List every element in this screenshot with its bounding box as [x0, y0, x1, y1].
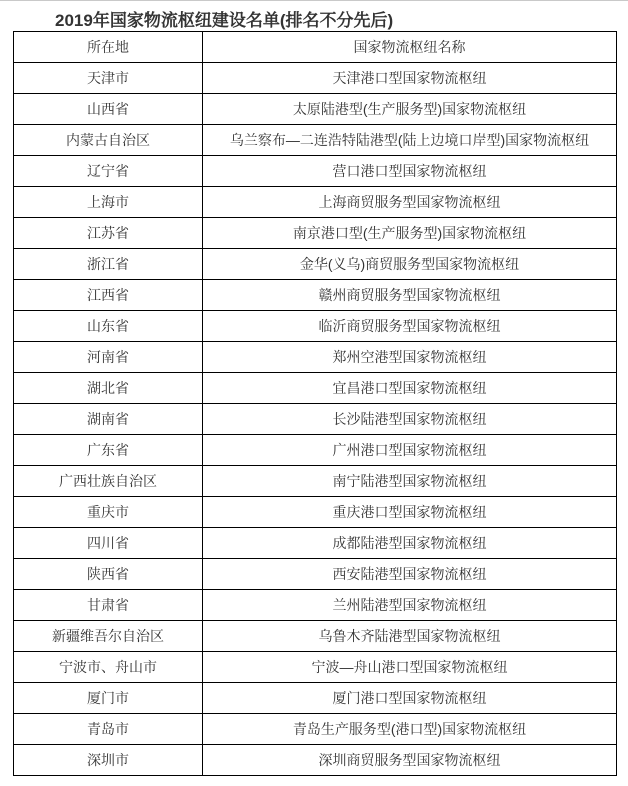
cell-location: 上海市	[14, 187, 203, 218]
table-row: 陕西省西安陆港型国家物流枢纽	[14, 559, 617, 590]
cell-location: 辽宁省	[14, 156, 203, 187]
table-row: 广东省广州港口型国家物流枢纽	[14, 435, 617, 466]
cell-location: 湖北省	[14, 373, 203, 404]
cell-hub-name: 郑州空港型国家物流枢纽	[203, 342, 617, 373]
table-row: 辽宁省营口港口型国家物流枢纽	[14, 156, 617, 187]
cell-location: 山东省	[14, 311, 203, 342]
cell-location: 湖南省	[14, 404, 203, 435]
cell-hub-name: 广州港口型国家物流枢纽	[203, 435, 617, 466]
cell-location: 山西省	[14, 94, 203, 125]
cell-location: 陕西省	[14, 559, 203, 590]
header-cell-location: 所在地	[14, 32, 203, 63]
table-row: 天津市天津港口型国家物流枢纽	[14, 63, 617, 94]
table-row: 湖南省长沙陆港型国家物流枢纽	[14, 404, 617, 435]
cell-location: 四川省	[14, 528, 203, 559]
table-row: 新疆维吾尔自治区乌鲁木齐陆港型国家物流枢纽	[14, 621, 617, 652]
cell-hub-name: 营口港口型国家物流枢纽	[203, 156, 617, 187]
cell-hub-name: 青岛生产服务型(港口型)国家物流枢纽	[203, 714, 617, 745]
cell-location: 厦门市	[14, 683, 203, 714]
table-row: 四川省成都陆港型国家物流枢纽	[14, 528, 617, 559]
cell-hub-name: 南京港口型(生产服务型)国家物流枢纽	[203, 218, 617, 249]
cell-hub-name: 成都陆港型国家物流枢纽	[203, 528, 617, 559]
table-row: 深圳市深圳商贸服务型国家物流枢纽	[14, 745, 617, 776]
header-cell-hub-name: 国家物流枢纽名称	[203, 32, 617, 63]
cell-hub-name: 兰州陆港型国家物流枢纽	[203, 590, 617, 621]
cell-hub-name: 临沂商贸服务型国家物流枢纽	[203, 311, 617, 342]
cell-hub-name: 天津港口型国家物流枢纽	[203, 63, 617, 94]
cell-hub-name: 重庆港口型国家物流枢纽	[203, 497, 617, 528]
cell-location: 江苏省	[14, 218, 203, 249]
table-row: 上海市上海商贸服务型国家物流枢纽	[14, 187, 617, 218]
cell-location: 深圳市	[14, 745, 203, 776]
table-row: 山西省太原陆港型(生产服务型)国家物流枢纽	[14, 94, 617, 125]
table-row: 浙江省金华(义乌)商贸服务型国家物流枢纽	[14, 249, 617, 280]
cell-hub-name: 宜昌港口型国家物流枢纽	[203, 373, 617, 404]
cell-location: 青岛市	[14, 714, 203, 745]
cell-hub-name: 厦门港口型国家物流枢纽	[203, 683, 617, 714]
table-row: 湖北省宜昌港口型国家物流枢纽	[14, 373, 617, 404]
cell-hub-name: 上海商贸服务型国家物流枢纽	[203, 187, 617, 218]
cell-hub-name: 深圳商贸服务型国家物流枢纽	[203, 745, 617, 776]
cell-location: 广西壮族自治区	[14, 466, 203, 497]
cell-location: 内蒙古自治区	[14, 125, 203, 156]
cell-hub-name: 乌兰察布—二连浩特陆港型(陆上边境口岸型)国家物流枢纽	[203, 125, 617, 156]
table-row: 山东省临沂商贸服务型国家物流枢纽	[14, 311, 617, 342]
cell-hub-name: 赣州商贸服务型国家物流枢纽	[203, 280, 617, 311]
table-row: 青岛市青岛生产服务型(港口型)国家物流枢纽	[14, 714, 617, 745]
cell-location: 宁波市、舟山市	[14, 652, 203, 683]
cell-hub-name: 宁波—舟山港口型国家物流枢纽	[203, 652, 617, 683]
table-row: 重庆市重庆港口型国家物流枢纽	[14, 497, 617, 528]
top-divider-line	[0, 0, 628, 1]
cell-hub-name: 长沙陆港型国家物流枢纽	[203, 404, 617, 435]
table-header-row: 所在地 国家物流枢纽名称	[14, 32, 617, 63]
cell-location: 新疆维吾尔自治区	[14, 621, 203, 652]
page-title: 2019年国家物流枢纽建设名单(排名不分先后)	[55, 6, 393, 31]
logistics-hub-table: 所在地 国家物流枢纽名称 天津市天津港口型国家物流枢纽山西省太原陆港型(生产服务…	[13, 31, 617, 776]
table-row: 广西壮族自治区南宁陆港型国家物流枢纽	[14, 466, 617, 497]
cell-hub-name: 太原陆港型(生产服务型)国家物流枢纽	[203, 94, 617, 125]
cell-location: 河南省	[14, 342, 203, 373]
cell-location: 甘肃省	[14, 590, 203, 621]
cell-hub-name: 南宁陆港型国家物流枢纽	[203, 466, 617, 497]
cell-hub-name: 乌鲁木齐陆港型国家物流枢纽	[203, 621, 617, 652]
table-row: 江西省赣州商贸服务型国家物流枢纽	[14, 280, 617, 311]
cell-location: 江西省	[14, 280, 203, 311]
cell-location: 重庆市	[14, 497, 203, 528]
table-row: 宁波市、舟山市宁波—舟山港口型国家物流枢纽	[14, 652, 617, 683]
table-row: 江苏省南京港口型(生产服务型)国家物流枢纽	[14, 218, 617, 249]
table-row: 内蒙古自治区乌兰察布—二连浩特陆港型(陆上边境口岸型)国家物流枢纽	[14, 125, 617, 156]
cell-location: 浙江省	[14, 249, 203, 280]
table-row: 甘肃省兰州陆港型国家物流枢纽	[14, 590, 617, 621]
cell-hub-name: 西安陆港型国家物流枢纽	[203, 559, 617, 590]
table-body: 天津市天津港口型国家物流枢纽山西省太原陆港型(生产服务型)国家物流枢纽内蒙古自治…	[14, 63, 617, 776]
table-row: 厦门市厦门港口型国家物流枢纽	[14, 683, 617, 714]
cell-hub-name: 金华(义乌)商贸服务型国家物流枢纽	[203, 249, 617, 280]
table-row: 河南省郑州空港型国家物流枢纽	[14, 342, 617, 373]
cell-location: 广东省	[14, 435, 203, 466]
cell-location: 天津市	[14, 63, 203, 94]
